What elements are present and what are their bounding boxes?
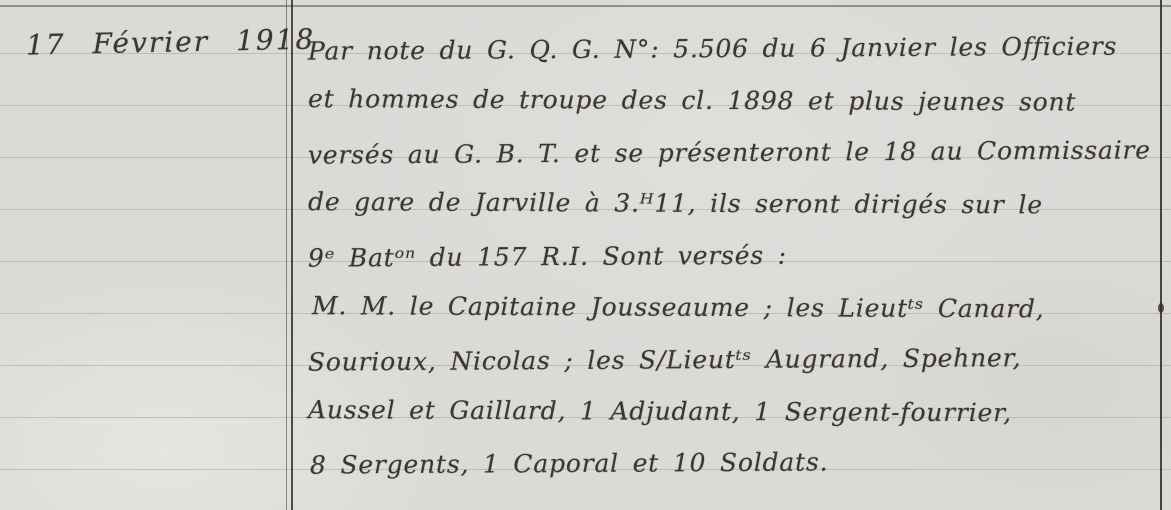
entry-line: Par note du G. Q. G. N°: 5.506 du 6 Janv… [308, 31, 1153, 88]
entry-date: 17 Février 1918 [26, 23, 277, 61]
entry-line: versés au G. B. T. et se présenteront le… [308, 135, 1153, 192]
entry-line: 9ᵉ Batᵒⁿ du 157 R.I. Sont versés : [308, 239, 1153, 296]
ink-blot [1158, 303, 1164, 313]
column-divider-right-line [291, 0, 293, 510]
right-margin-line [1160, 0, 1162, 510]
entry-line: de gare de Jarville à 3.ᴴ11, ils seront … [308, 188, 1153, 243]
entry-line: 8 Sergents, 1 Caporal et 10 Soldats. [308, 446, 1153, 503]
entry-line: et hommes de troupe des cl. 1898 et plus… [308, 84, 1153, 139]
entry-text: Par note du G. Q. G. N°: 5.506 du 6 Janv… [308, 34, 1153, 500]
entry-line: M. M. le Capitaine Jousseaume ; les Lieu… [308, 291, 1153, 346]
top-rule-line [0, 5, 1171, 7]
register-page: 17 Février 1918 Par note du G. Q. G. N°:… [0, 0, 1171, 510]
entry-line: Sourioux, Nicolas ; les S/Lieutᵗˢ Augran… [308, 342, 1153, 399]
column-divider-left-line [286, 0, 287, 510]
entry-line: Aussel et Gaillard, 1 Adjudant, 1 Sergen… [308, 395, 1153, 450]
